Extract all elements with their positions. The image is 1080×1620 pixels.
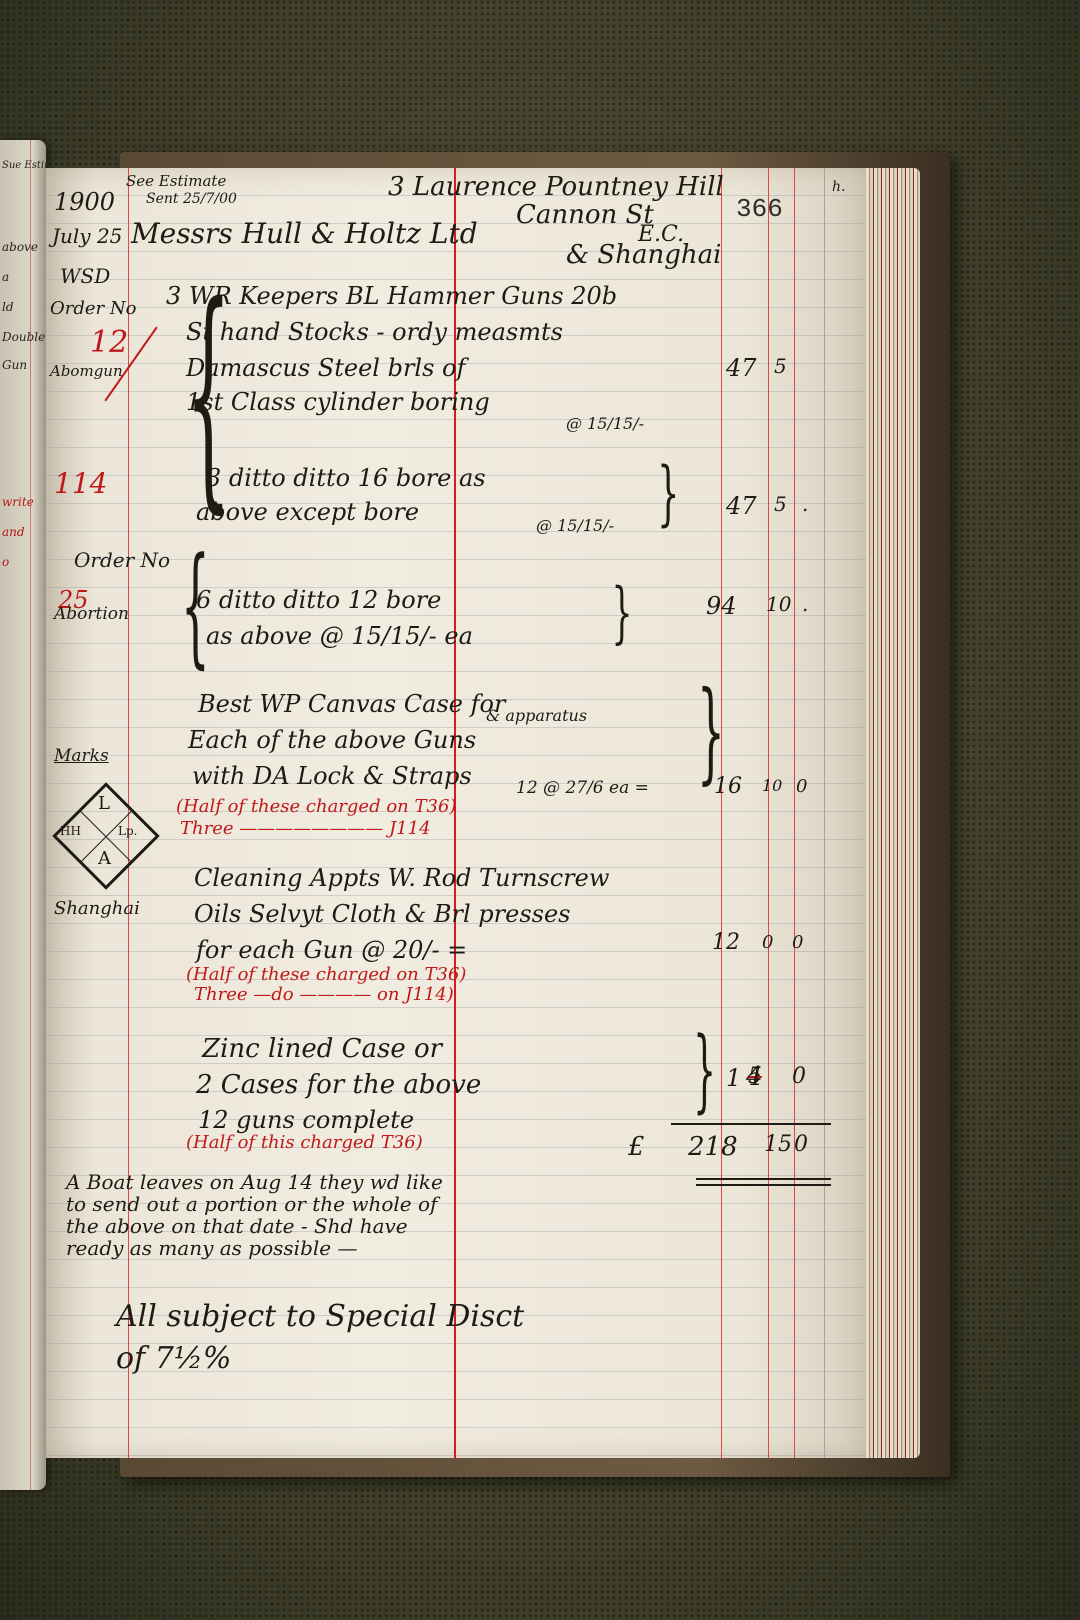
red-note: (Half of this charged T36) [186, 1134, 423, 1152]
amount-shillings: 0 [762, 934, 773, 952]
amount-pounds: 47 [726, 494, 757, 518]
left-page-fragment: and [2, 525, 25, 539]
estimate-note: See Estimate [126, 174, 226, 189]
entry-line: with DA Lock & Straps [192, 764, 472, 788]
page-number: 366 [736, 194, 783, 224]
entry-rate: @ 15/15/- [536, 518, 614, 534]
mark-top: L [98, 793, 110, 814]
entry-line: as above @ 15/15/- ea [206, 624, 473, 648]
total-shillings: 15 [764, 1134, 792, 1156]
entry-line: 6 ditto ditto 12 bore [196, 588, 441, 612]
left-page-fragment: o [2, 555, 9, 569]
amount-pence: . [802, 494, 808, 514]
order-label: Order No [50, 300, 136, 318]
address-line-2: Cannon St [516, 202, 654, 228]
entry-line: St hand Stocks - ordy measmts [186, 320, 563, 344]
red-note: (Half of these charged on T36) [186, 966, 466, 984]
entry-line: 3 ditto ditto 16 bore as [206, 466, 486, 490]
mark-bottom: A [98, 848, 111, 869]
amount-pence: 0 [792, 934, 803, 952]
ledger-page: See Estimate Sent 25/7/00 1900 July 25 M… [46, 168, 866, 1458]
amount-pence: 0 [796, 778, 807, 796]
red-note: Three —do ———— on J114) [194, 986, 454, 1004]
boat-note-line: ready as many as possible — [66, 1238, 357, 1258]
left-page-fragment: a [2, 270, 9, 284]
left-page-fragment: Sue Estimate [2, 160, 46, 171]
entry-date: July 25 [52, 226, 122, 246]
estimate-sent-date: Sent 25/7/00 [146, 192, 237, 206]
discount-line-2: of 7½% [116, 1344, 231, 1374]
boat-note-line: the above on that date - Shd have [66, 1216, 408, 1236]
entry-insertion: & apparatus [486, 708, 587, 724]
amount-pounds: 1 [726, 1066, 741, 1090]
address-line-1: 3 Laurence Pountney Hill [388, 174, 724, 200]
entry-line: 1st Class cylinder boring [186, 390, 490, 414]
amount-corrected: 4 [746, 1064, 763, 1090]
amount-shillings: 10 [762, 778, 782, 794]
entry-year: 1900 [54, 190, 115, 214]
marks-label: Marks [54, 748, 109, 765]
entry-line: Each of the above Guns [188, 728, 476, 752]
left-page-fragment: ld [2, 300, 14, 314]
red-note: Three ———————— J114 [180, 820, 431, 838]
entry-rate: 12 @ 27/6 ea = [516, 780, 649, 797]
entry-line: Oils Selvyt Cloth & Brl presses [194, 902, 571, 926]
address-line-4: & Shanghai [566, 242, 721, 268]
amount-pence: 0 [792, 1066, 806, 1088]
amount-pounds: 12 [712, 932, 740, 954]
entry-line: 12 guns complete [198, 1108, 414, 1132]
mark-right: Lp. [118, 824, 137, 838]
customer-name: Messrs Hull & Holtz Ltd [131, 220, 478, 248]
order-code: Abomgun [50, 364, 123, 379]
red-note: (Half of these charged on T36) [176, 798, 456, 816]
amount-shillings: 10 [766, 594, 791, 614]
entry-line: Damascus Steel brls of [186, 356, 465, 380]
left-page-fragment: Gun [2, 358, 27, 372]
amount-shillings: 5 [774, 356, 787, 376]
order-number-12: 12 [90, 328, 128, 358]
amount-pence: . [802, 594, 808, 614]
order-number-114: 114 [54, 470, 107, 498]
amount-pounds: 47 [726, 356, 757, 380]
order-code-2: Abortion [54, 606, 129, 623]
total-currency-symbol: £ [628, 1134, 645, 1160]
order-label-2: Order No [74, 550, 170, 570]
destination: Shanghai [54, 900, 140, 918]
mark-left: HH [60, 824, 81, 838]
boat-note-line: to send out a portion or the whole of [66, 1194, 437, 1214]
entry-rate: @ 15/15/- [566, 416, 644, 432]
entry-line: Zinc lined Case or [202, 1036, 442, 1062]
entry-line: for each Gun @ 20/- = [196, 938, 467, 962]
left-page-fragment: write [2, 495, 34, 509]
entry-line: Best WP Canvas Case for [198, 692, 505, 716]
entry-line: above except bore [196, 500, 419, 524]
left-page-fragment: Double [2, 330, 45, 344]
amount-pounds: 94 [706, 594, 737, 618]
facing-left-page: Sue Estimate above a ld Double Gun write… [0, 140, 46, 1490]
wsd-initials: WSD [60, 266, 110, 286]
entry-line: 2 Cases for the above [196, 1072, 481, 1098]
margin-mark: h. [832, 180, 845, 194]
total-pounds: 218 [688, 1134, 738, 1160]
total-pence: 0 [794, 1134, 808, 1156]
amount-pounds: 16 [714, 776, 742, 798]
entry-line: Cleaning Appts W. Rod Turnscrew [194, 866, 609, 890]
entry-line: 3 WR Keepers BL Hammer Guns 20b [166, 284, 617, 308]
amount-shillings: 5 [774, 494, 787, 514]
boat-note-line: A Boat leaves on Aug 14 they wd like [66, 1172, 443, 1192]
discount-line-1: All subject to Special Disct [116, 1302, 524, 1332]
left-page-fragment: above [2, 240, 38, 254]
